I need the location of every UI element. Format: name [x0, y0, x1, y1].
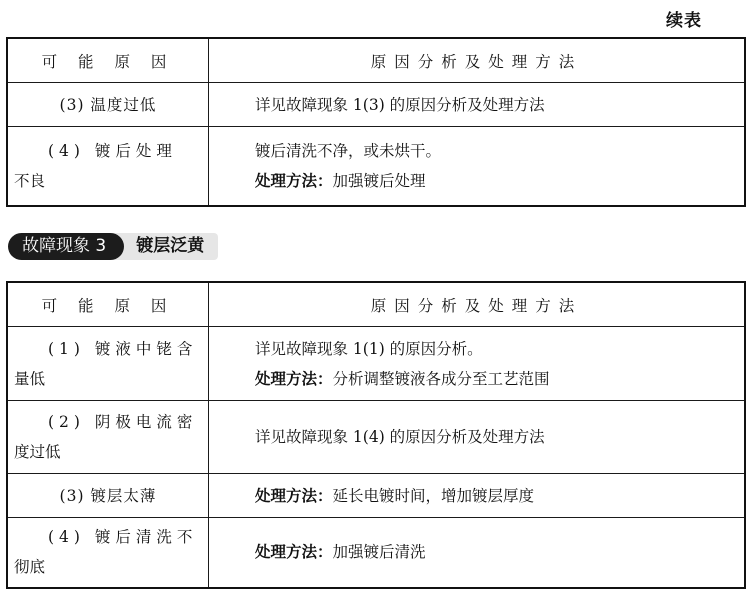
cause-text: (4) 镀后清洗不	[14, 522, 202, 552]
cause-cell: (4) 镀后处理 不良	[7, 127, 209, 206]
table-header-row: 可 能 原 因 原因分析及处理方法	[7, 282, 745, 327]
cause-table-continued: 可 能 原 因 原因分析及处理方法 (3) 温度过低 详见故障现象 1(3) 的…	[6, 37, 746, 207]
cause-text: (1) 镀液中铑含	[14, 334, 202, 364]
cause-text-cont: 不良	[14, 172, 45, 190]
method-label: 处理方法：	[255, 543, 333, 561]
analysis-cell: 详见故障现象 1(4) 的原因分析及处理方法	[209, 401, 746, 474]
cause-text-cont: 彻底	[14, 558, 45, 576]
analysis-cell: 详见故障现象 1(1) 的原因分析。 处理方法：分析调整镀液各成分至工艺范围	[209, 327, 746, 401]
cause-text-cont: 度过低	[14, 443, 61, 461]
table-row: (1) 镀液中铑含 量低 详见故障现象 1(1) 的原因分析。 处理方法：分析调…	[7, 327, 745, 401]
header-cause: 可 能 原 因	[7, 38, 209, 83]
method-line: 处理方法：加强镀后清洗	[255, 537, 744, 567]
analysis-text: 详见故障现象 1(3) 的原因分析及处理方法	[255, 96, 545, 114]
fault-badge: 故障现象 3	[8, 233, 124, 260]
analysis-text: 详见故障现象 1(4) 的原因分析及处理方法	[255, 422, 744, 452]
analysis-cell: 详见故障现象 1(3) 的原因分析及处理方法	[209, 83, 746, 127]
header-analysis: 原因分析及处理方法	[209, 38, 746, 83]
method-text: 延长电镀时间，增加镀层厚度	[333, 487, 535, 505]
table-row: (2) 阴极电流密 度过低 详见故障现象 1(4) 的原因分析及处理方法	[7, 401, 745, 474]
cause-cell: (3) 镀层太薄	[7, 474, 209, 518]
header-cause: 可 能 原 因	[7, 282, 209, 327]
cause-cell: (2) 阴极电流密 度过低	[7, 401, 209, 474]
method-text: 分析调整镀液各成分至工艺范围	[333, 370, 550, 388]
cause-table-fault-3: 可 能 原 因 原因分析及处理方法 (1) 镀液中铑含 量低 详见故障现象 1(…	[6, 281, 746, 589]
cause-cell: (3) 温度过低	[7, 83, 209, 127]
method-line: 处理方法：分析调整镀液各成分至工艺范围	[255, 364, 744, 394]
table-row: (4) 镀后清洗不 彻底 处理方法：加强镀后清洗	[7, 518, 745, 588]
analysis-text: 镀后清洗不净，或未烘干。	[255, 136, 744, 166]
table-row: (3) 镀层太薄 处理方法：延长电镀时间，增加镀层厚度	[7, 474, 745, 518]
table-header-row: 可 能 原 因 原因分析及处理方法	[7, 38, 745, 83]
cause-text: (4) 镀后处理	[14, 136, 202, 166]
method-text: 加强镀后处理	[333, 172, 426, 190]
analysis-cell: 处理方法：加强镀后清洗	[209, 518, 746, 588]
method-label: 处理方法：	[255, 172, 333, 190]
method-text: 加强镀后清洗	[333, 543, 426, 561]
header-analysis: 原因分析及处理方法	[209, 282, 746, 327]
cause-cell: (4) 镀后清洗不 彻底	[7, 518, 209, 588]
section-heading: 故障现象 3 镀层泛黄	[8, 233, 218, 260]
table-row: (4) 镀后处理 不良 镀后清洗不净，或未烘干。 处理方法：加强镀后处理	[7, 127, 745, 206]
table-row: (3) 温度过低 详见故障现象 1(3) 的原因分析及处理方法	[7, 83, 745, 127]
analysis-text: 详见故障现象 1(1) 的原因分析。	[255, 334, 744, 364]
analysis-cell: 处理方法：延长电镀时间，增加镀层厚度	[209, 474, 746, 518]
cause-cell: (1) 镀液中铑含 量低	[7, 327, 209, 401]
method-line: 处理方法：延长电镀时间，增加镀层厚度	[255, 481, 744, 511]
cause-text: (2) 阴极电流密	[14, 407, 202, 437]
continued-table-label: 续表	[666, 6, 702, 31]
method-label: 处理方法：	[255, 370, 333, 388]
fault-title: 镀层泛黄	[110, 233, 218, 260]
cause-text-cont: 量低	[14, 370, 45, 388]
method-label: 处理方法：	[255, 487, 333, 505]
method-line: 处理方法：加强镀后处理	[255, 166, 744, 196]
analysis-cell: 镀后清洗不净，或未烘干。 处理方法：加强镀后处理	[209, 127, 746, 206]
